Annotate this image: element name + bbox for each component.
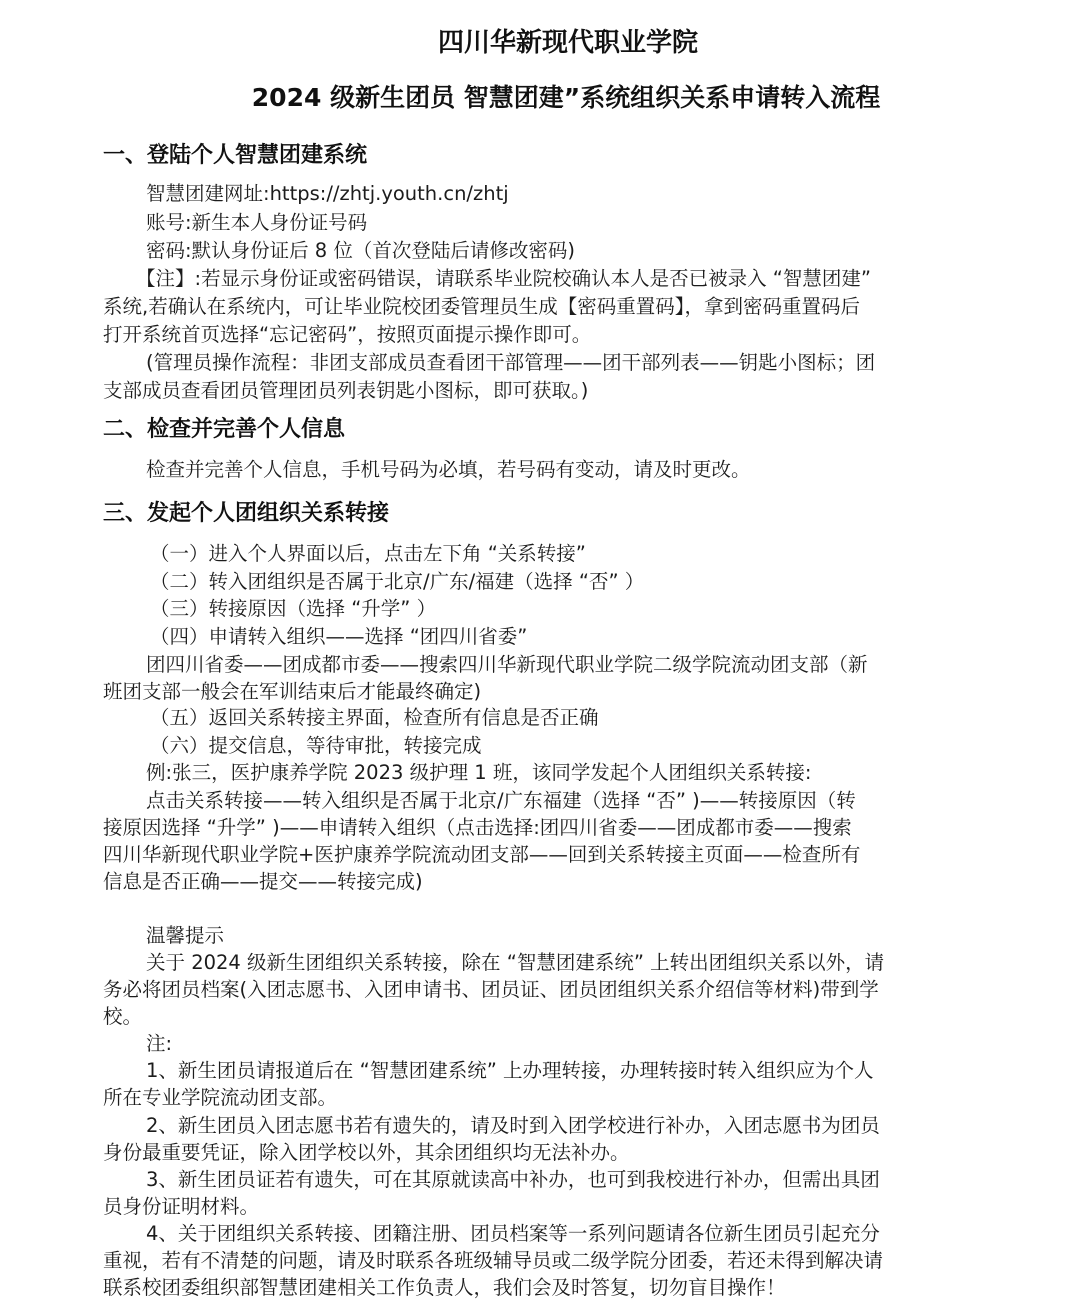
step-4: （四）申请转入组织——选择 “团四川省委”	[150, 622, 1022, 651]
note-item-1: 所在专业学院流动团支部。	[103, 1083, 975, 1112]
example-line: 点击关系转接——转入组织是否属于北京/广东福建（选择 “否” )——转接原因（转	[146, 786, 1018, 815]
document-subtitle: 2024 级新生团员 智慧团建”系统组织关系申请转入流程	[26, 78, 1080, 114]
password-line: 密码:默认身份证后 8 位（首次登陆后请修改密码)	[146, 236, 1018, 265]
step-1: （一）进入个人界面以后，点击左下角 “关系转接”	[150, 539, 1022, 568]
note-item-2: 2、新生团员入团志愿书若有遗失的，请及时到入团学校进行补办，入团志愿书为团员	[146, 1111, 1018, 1140]
section1-heading: 一、登陆个人智慧团建系统	[103, 138, 367, 169]
note-item-3: 3、新生团员证若有遗失，可在其原就读高中补办，也可到我校进行补办，但需出具团	[146, 1165, 1018, 1194]
step-4-detail: 团四川省委——团成都市委——搜索四川华新现代职业学院二级学院流动团支部（新	[146, 650, 1018, 679]
note-line: 系统,若确认在系统内，可让毕业院校团委管理员生成【密码重置码】，拿到密码重置码后	[103, 292, 975, 321]
example-line: 四川华新现代职业学院+医护康养学院流动团支部——回到关系转接主页面——检查所有	[103, 840, 975, 869]
example-line: 例:张三，医护康养学院 2023 级护理 1 班，该同学发起个人团组织关系转接:	[146, 758, 1018, 787]
example-line: 接原因选择 “升学” )——申请转入组织（点击选择:团四川省委——团成都市委——…	[103, 813, 975, 842]
step-3: （三）转接原因（选择 “升学” ）	[150, 594, 1022, 623]
tips-line: 务必将团员档案(入团志愿书、入团申请书、团员证、团员团组织关系介绍信等材料)带到…	[103, 975, 975, 1004]
tips-line: 关于 2024 级新生团组织关系转接，除在 “智慧团建系统” 上转出团组织关系以…	[146, 948, 1018, 977]
note-item-1: 1、新生团员请报道后在 “智慧团建系统” 上办理转接，办理转接时转入组织应为个人	[146, 1056, 1018, 1085]
document-page: 四川华新现代职业学院 2024 级新生团员 智慧团建”系统组织关系申请转入流程 …	[0, 0, 1080, 1302]
notes-heading: 注:	[146, 1029, 1018, 1058]
note-line: 打开系统首页选择“忘记密码”，按照页面提示操作即可。	[103, 320, 975, 349]
note-item-4: 4、关于团组织关系转接、团籍注册、团员档案等一系列问题请各位新生团员引起充分	[146, 1219, 1018, 1248]
step-5: （五）返回关系转接主界面，检查所有信息是否正确	[150, 703, 1022, 732]
document-title: 四川华新现代职业学院	[28, 22, 1080, 59]
example-line: 信息是否正确——提交——转接完成)	[103, 867, 975, 896]
section2-text: 检查并完善个人信息，手机号码为必填，若号码有变动，请及时更改。	[146, 455, 1018, 484]
account-line: 账号:新生本人身份证号码	[146, 208, 1018, 237]
note-item-4: 重视，若有不清楚的问题，请及时联系各班级辅导员或二级学院分团委，若还未得到解决请	[103, 1246, 975, 1275]
note-line: 【注】:若显示身份证或密码错误，请联系毕业院校确认本人是否已被录入 “智慧团建”	[136, 264, 1008, 293]
admin-flow-line: 支部成员查看团员管理团员列表钥匙小图标，即可获取。)	[103, 376, 975, 405]
admin-flow-line: (管理员操作流程：非团支部成员查看团干部管理——团干部列表——钥匙小图标；团	[146, 348, 1018, 377]
section3-heading: 三、发起个人团组织关系转接	[103, 496, 389, 527]
tips-line: 校。	[103, 1002, 975, 1031]
note-item-3: 员身份证明材料。	[103, 1192, 975, 1221]
website-line: 智慧团建网址:https://zhtj.youth.cn/zhtj	[146, 179, 1018, 208]
step-4-detail: 班团支部一般会在军训结束后才能最终确定)	[103, 677, 975, 706]
step-2: （二）转入团组织是否属于北京/广东/福建（选择 “否” ）	[150, 567, 1022, 596]
tips-heading: 温馨提示	[146, 921, 1018, 950]
note-item-2: 身份最重要凭证，除入团学校以外，其余团组织均无法补办。	[103, 1138, 975, 1167]
note-item-4: 联系校团委组织部智慧团建相关工作负责人，我们会及时答复，切勿盲目操作！	[103, 1273, 975, 1302]
step-6: （六）提交信息，等待审批，转接完成	[150, 731, 1022, 760]
section2-heading: 二、检查并完善个人信息	[103, 412, 345, 443]
